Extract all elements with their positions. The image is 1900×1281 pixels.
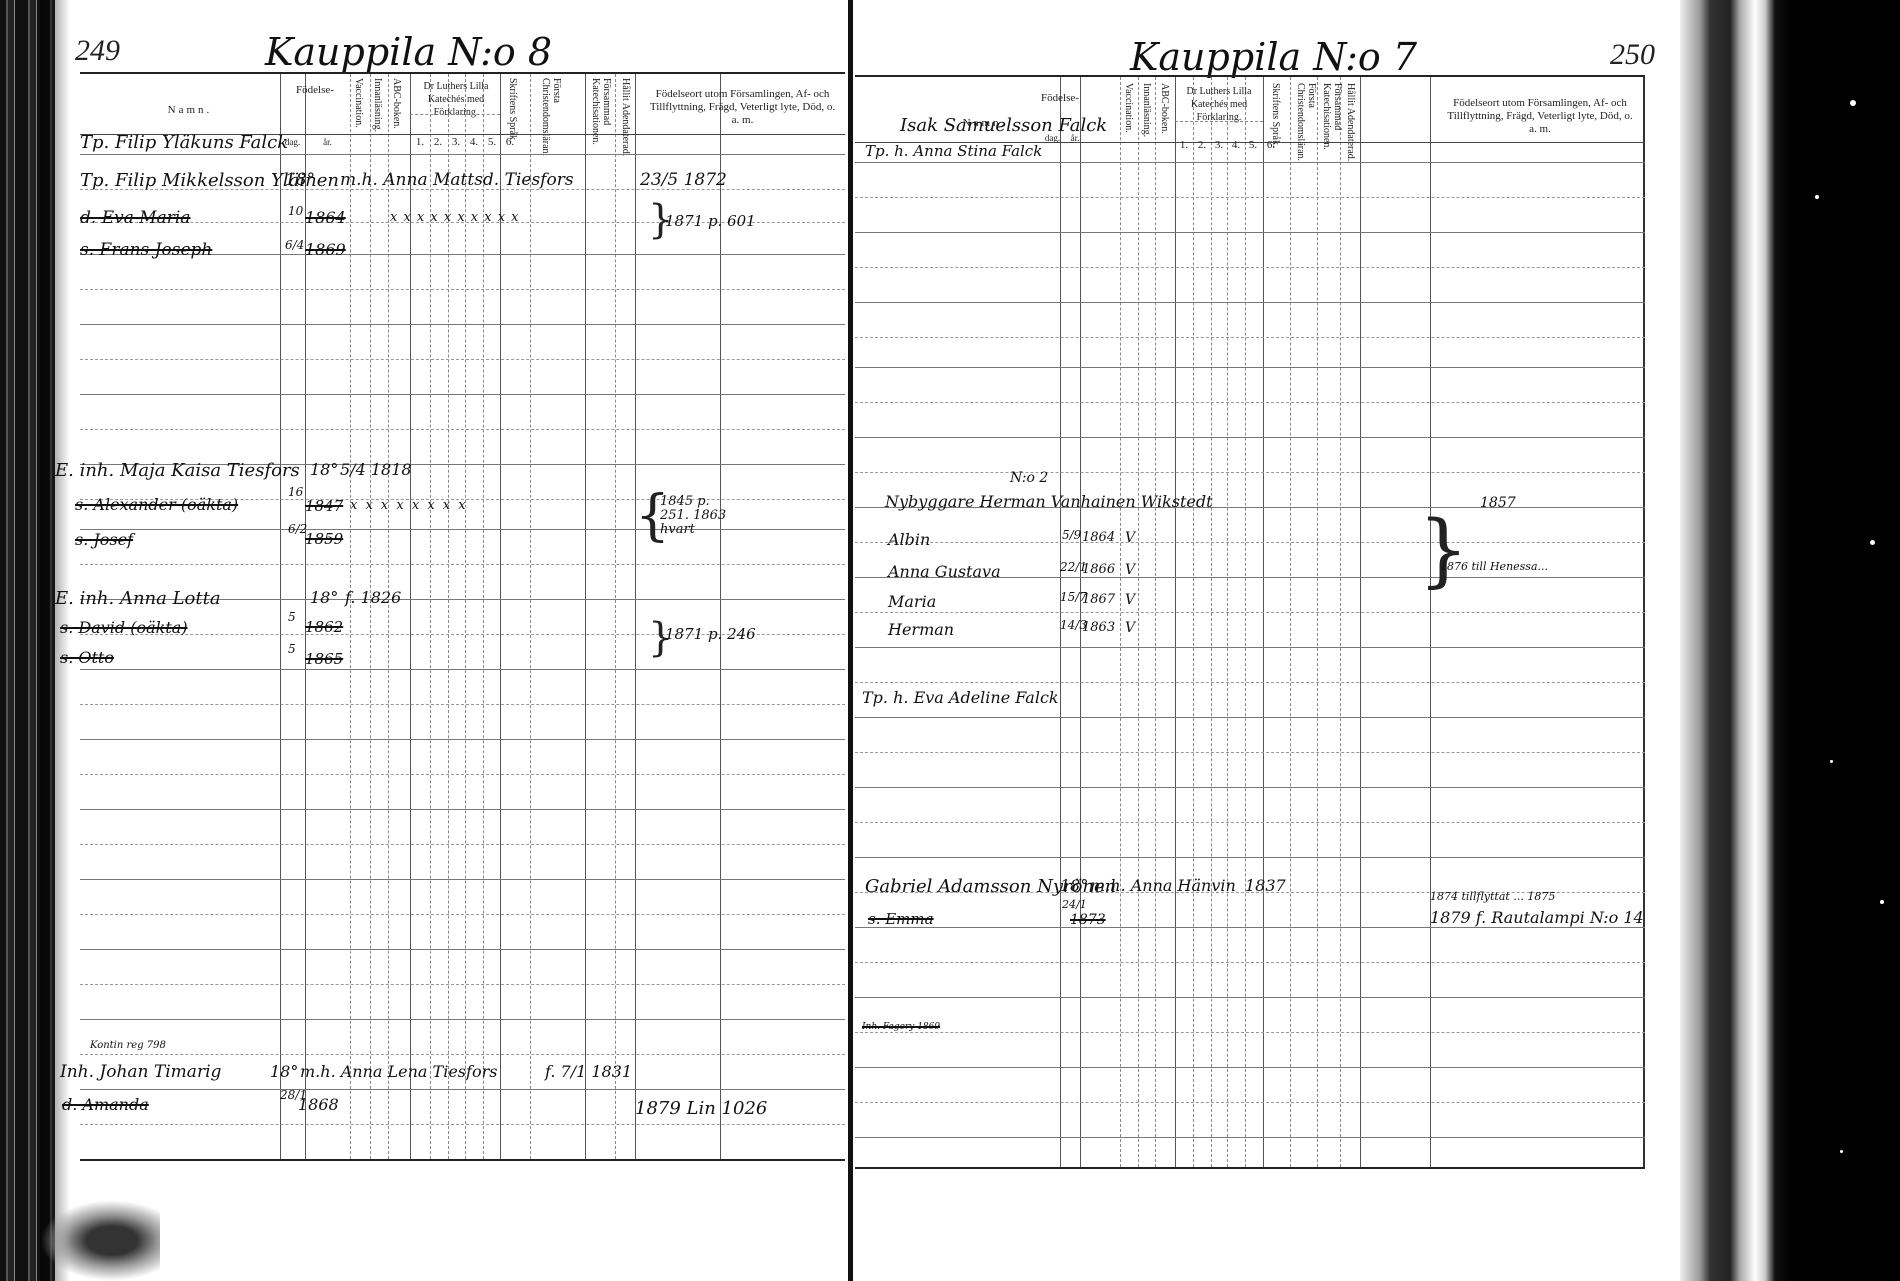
col-header-vaccination: Vaccination. bbox=[1123, 83, 1134, 167]
left-entry-1-rest: m.h. Anna Mattsd. Tiesfors bbox=[340, 170, 574, 190]
right-farm-title: Kauppila N:o 7 bbox=[1130, 35, 1417, 79]
left-entry-10-name: Inh. Johan Timarig bbox=[60, 1062, 221, 1082]
left-entry-2-name: d. Eva Maria bbox=[80, 208, 190, 228]
book-gutter bbox=[848, 0, 853, 1281]
catechism-col-5: 5. bbox=[484, 136, 500, 149]
left-entry-10-note: Kontin reg 798 bbox=[90, 1040, 166, 1051]
right-entry-6-remark: 1876 till Henessa... bbox=[1440, 560, 1548, 573]
right-entry-4-name: Albin bbox=[888, 530, 930, 549]
catechism-col-1: 1. bbox=[412, 136, 428, 149]
left-entry-9-day: 5 bbox=[288, 642, 296, 656]
left-entry-4-name: E. inh. Maja Kaisa Tiesfors bbox=[55, 460, 300, 481]
left-entry-5-year: 1847 bbox=[305, 497, 343, 515]
catechism-col-5: 5. bbox=[1245, 139, 1261, 152]
left-entry-2-marks: x x x x x x x x x x bbox=[390, 210, 520, 225]
right-entry-10-remark: 1879 f. Rautalampi N:o 14 bbox=[1430, 908, 1644, 927]
right-entry-7-year: 1863 bbox=[1082, 620, 1115, 635]
catechism-col-2: 2. bbox=[430, 136, 446, 149]
col-header-abc-boken: ABC-boken. bbox=[1159, 83, 1170, 167]
col-header-birth: Födelse- bbox=[1030, 92, 1090, 105]
left-entry-9-name: s. Otto bbox=[60, 648, 114, 667]
right-entry-10-year: 1873 bbox=[1070, 912, 1106, 928]
left-entry-6-name: s. Josef bbox=[75, 530, 133, 549]
col-header-katechisation: Försammad Katechisationen. bbox=[1321, 83, 1343, 169]
left-entry-3-name: s. Frans Joseph bbox=[80, 240, 212, 260]
book-edge-right bbox=[1680, 0, 1900, 1281]
col-header-catechism: Dr Luthers Lilla Katechés med Förklaring… bbox=[1175, 85, 1263, 124]
right-entry-5-year: 1866 bbox=[1082, 562, 1115, 577]
col-header-innanlasning: Innanläsning. bbox=[1141, 83, 1152, 167]
right-entry-7-name: Herman bbox=[888, 620, 954, 639]
left-entry-5-remark: 1845 p. 251. 1863 hvart bbox=[660, 495, 740, 537]
left-entry-10-birth: 18° bbox=[270, 1062, 298, 1081]
col-header-remarks: Födelseort utom Församlingen, Af- och Ti… bbox=[645, 88, 840, 127]
col-header-adenda: Hållit Adendaterad. bbox=[1345, 83, 1356, 169]
col-header-name: Namn. bbox=[140, 104, 240, 117]
left-entry-3-year: 1869 bbox=[305, 240, 346, 259]
right-entry-3-date: 1857 bbox=[1480, 495, 1516, 511]
col-header-innanlasning: Innanläsning. bbox=[372, 78, 383, 162]
left-entry-5-name: s. Alexander (oäkta) bbox=[75, 495, 238, 514]
left-entry-4-date: 5/4 1818 bbox=[340, 460, 412, 479]
right-entry-7-mark: V bbox=[1125, 620, 1135, 636]
right-entry-9-birth: 18° bbox=[1060, 876, 1088, 895]
right-entry-9-rest: m.h. Anna Hänvin bbox=[1090, 876, 1236, 895]
catechism-col-3: 3. bbox=[448, 136, 464, 149]
left-entry-7-name: E. inh. Anna Lotta bbox=[55, 588, 221, 609]
left-entry-1-birth: 18° bbox=[285, 170, 315, 190]
col-header-remarks: Födelseort utom Församlingen, Af- och Ti… bbox=[1445, 97, 1635, 136]
right-entry-1-name: Tp. h. Anna Stina Falck bbox=[865, 142, 1042, 160]
right-entry-6-year: 1867 bbox=[1082, 592, 1115, 607]
col-header-adenda: Hållit Adendaterad. bbox=[620, 78, 631, 164]
right-entry-2-heading: N:o 2 bbox=[1010, 470, 1048, 486]
left-entry-1-date: 23/5 1872 bbox=[640, 170, 727, 190]
right-entry-10-name: s. Emma bbox=[868, 910, 934, 928]
right-entry-8-name: Tp. h. Eva Adeline Falck bbox=[862, 688, 1059, 707]
right-entry-4-day: 5/9 bbox=[1062, 528, 1081, 542]
left-entry-10-rest: m.h. Anna Lena Tiesfors bbox=[300, 1062, 497, 1081]
left-entry-4-birth: 18° bbox=[310, 460, 338, 479]
catechism-col-3: 3. bbox=[1211, 139, 1227, 152]
catechism-col-4: 4. bbox=[466, 136, 482, 149]
left-page-number: 249 bbox=[75, 34, 120, 68]
left-entry-2-remark: 1871 p. 601 bbox=[665, 212, 756, 230]
right-page-number: 250 bbox=[1610, 38, 1655, 72]
right-entry-5-mark: V bbox=[1125, 562, 1135, 578]
catechism-col-1: 1. bbox=[1176, 139, 1192, 152]
right-entry-10-day: 24/1 bbox=[1062, 898, 1087, 911]
col-header-christendom: Första Christendomsläran. bbox=[1295, 83, 1317, 169]
right-entry-4-year: 1864 bbox=[1082, 530, 1115, 545]
right-entry-0-name: Isak Samuelsson Falck bbox=[900, 115, 1107, 136]
right-entry-6-name: Maria bbox=[888, 592, 936, 611]
left-entry-8-name: s. David (oäkta) bbox=[60, 618, 188, 637]
right-entry-11-name: Inh. Fagery 1869 bbox=[862, 1022, 940, 1032]
book-edge-left bbox=[0, 0, 55, 1281]
right-entry-6-mark: V bbox=[1125, 592, 1135, 608]
right-entry-9-date: 1837 bbox=[1245, 876, 1286, 895]
left-entry-11-year: 1868 bbox=[298, 1095, 339, 1114]
left-entry-2-day: 10 bbox=[288, 204, 303, 218]
left-entry-6-year: 1859 bbox=[305, 530, 343, 548]
left-entry-8-year: 1862 bbox=[305, 618, 343, 636]
left-entry-5-day: 16 bbox=[288, 485, 303, 499]
col-header-birth: Födelse- bbox=[280, 84, 350, 97]
col-header-vaccination: Vaccination. bbox=[353, 78, 364, 162]
left-entry-5-marks: x x x x x x x x bbox=[350, 498, 468, 513]
right-entry-9-remark: 1874 tillflyttat ... 1875 bbox=[1430, 890, 1555, 903]
right-entry-5-name: Anna Gustava bbox=[888, 562, 1001, 581]
right-entry-4-mark: V bbox=[1125, 530, 1135, 546]
left-entry-8-remark: 1871 p. 246 bbox=[665, 625, 756, 643]
right-register-table: Namn. Födelse- dag. år. Vaccination. Inn… bbox=[855, 75, 1645, 1169]
left-entry-7-birth: 18° bbox=[310, 588, 338, 607]
col-header-skrift: Skriftens Språk. bbox=[1270, 83, 1281, 169]
catechism-col-4: 4. bbox=[1228, 139, 1244, 152]
col-header-abc-boken: ABC-boken. bbox=[391, 78, 402, 162]
left-entry-3-day: 6/4 bbox=[285, 238, 304, 252]
left-entry-0-name: Tp. Filip Yläkuns Falck bbox=[80, 132, 288, 153]
col-header-skrift: Skriftens Språk. bbox=[507, 78, 518, 164]
catechism-col-2: 2. bbox=[1194, 139, 1210, 152]
left-entry-8-day: 5 bbox=[288, 610, 296, 624]
left-entry-7-date: f. 1826 bbox=[345, 588, 401, 607]
left-entry-11-remark: 1879 Lin 1026 bbox=[635, 1098, 767, 1119]
col-header-birth-year: år. bbox=[305, 136, 350, 149]
left-entry-9-year: 1865 bbox=[305, 650, 343, 668]
scan-stain bbox=[40, 1200, 160, 1281]
left-farm-title: Kauppila N:o 8 bbox=[265, 30, 552, 74]
left-entry-11-name: d. Amanda bbox=[62, 1095, 149, 1114]
left-entry-2-year: 1864 bbox=[305, 208, 346, 227]
col-header-katechisation: Försammad Katechisationen. bbox=[590, 78, 612, 164]
right-entry-3-name: Nybyggare Herman Vanhainen Wikstedt bbox=[885, 492, 1213, 511]
col-header-christendom: Första Christendomsläran. bbox=[540, 78, 562, 164]
left-register-table: Namn. Födelse- dag. år. Vaccination. Inn… bbox=[80, 72, 845, 1161]
left-entry-10-date: f. 7/1 1831 bbox=[545, 1062, 632, 1081]
